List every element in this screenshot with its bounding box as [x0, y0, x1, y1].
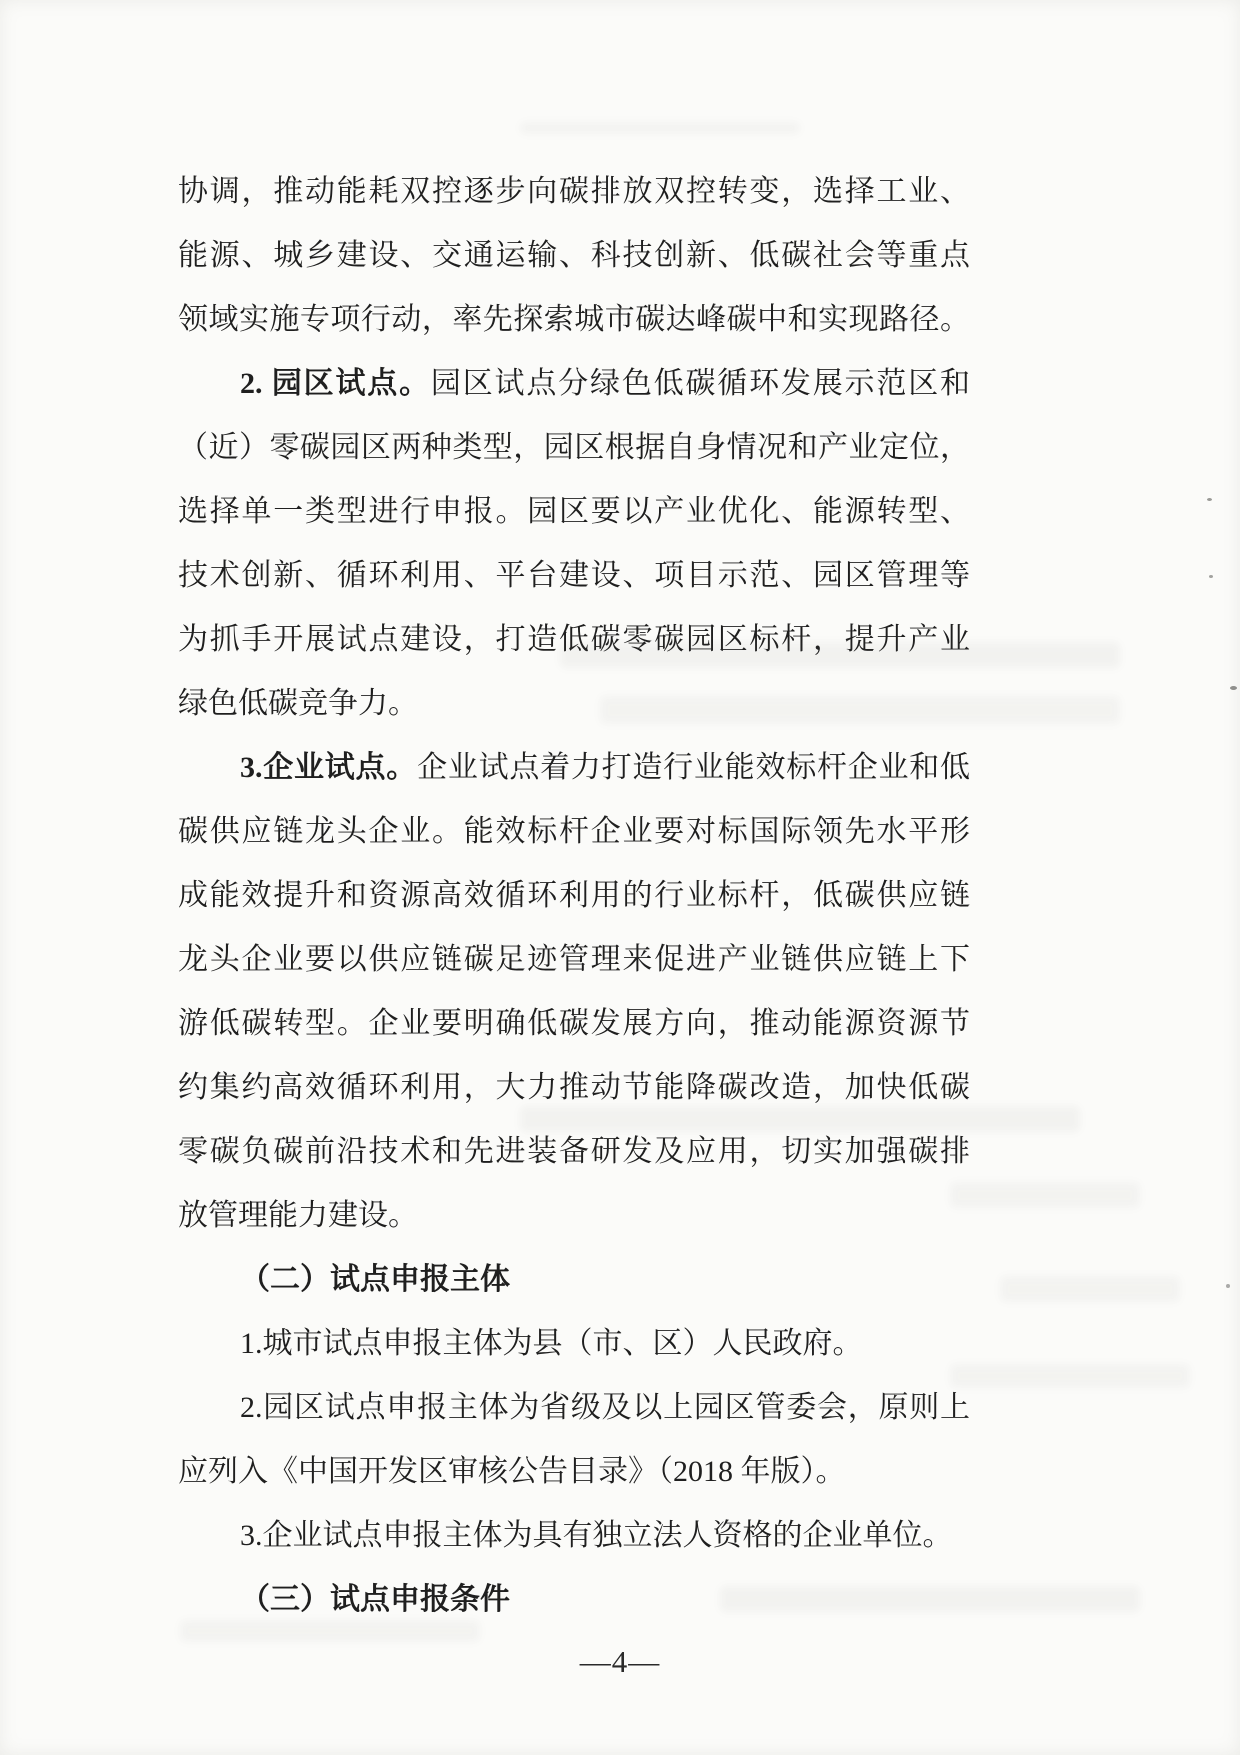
- bleed-through-smudge: [950, 1182, 1140, 1208]
- text-line: 零碳负碳前沿技术和先进装备研发及应用，切实加强碳排: [178, 1120, 970, 1184]
- scan-speck: [1226, 1284, 1230, 1288]
- bleed-through-smudge: [1000, 1276, 1180, 1302]
- text-line: 1.城市试点申报主体为县（市、区）人民政府。: [178, 1312, 970, 1376]
- text-line: （近）零碳园区两种类型，园区根据自身情况和产业定位，: [178, 416, 970, 480]
- scan-speck: [1209, 575, 1213, 578]
- text-line: 选择单一类型进行申报。园区要以产业优化、能源转型、: [178, 480, 970, 544]
- text-line: 领域实施专项行动，率先探索城市碳达峰碳中和实现路径。: [178, 288, 970, 352]
- line-bold-lead: （二）试点申报主体: [240, 1263, 510, 1296]
- line-text: 协调，推动能耗双控逐步向碳排放双控转变，选择工业、: [178, 175, 970, 208]
- line-text: 绿色低碳竞争力。: [178, 687, 418, 720]
- text-line: 为抓手开展试点建设，打造低碳零碳园区标杆，提升产业: [178, 608, 970, 672]
- text-line: 成能效提升和资源高效循环利用的行业标杆，低碳供应链: [178, 864, 970, 928]
- text-line: 绿色低碳竞争力。: [178, 672, 970, 736]
- text-line: 技术创新、循环利用、平台建设、项目示范、园区管理等: [178, 544, 970, 608]
- line-text: 园区试点分绿色低碳循环发展示范区和: [431, 367, 970, 400]
- line-bold-lead: 2. 园区试点。: [240, 367, 431, 400]
- line-text: 成能效提升和资源高效循环利用的行业标杆，低碳供应链: [178, 879, 970, 912]
- scan-speck: [1230, 686, 1237, 690]
- text-line: 应列入《中国开发区审核公告目录》（2018 年版）。: [178, 1440, 970, 1504]
- line-text: 能源、城乡建设、交通运输、科技创新、低碳社会等重点: [178, 239, 970, 272]
- line-bold-lead: （三）试点申报条件: [240, 1583, 510, 1616]
- line-text: 2.园区试点申报主体为省级及以上园区管委会，原则上: [240, 1391, 970, 1424]
- line-text: 约集约高效循环利用，大力推动节能降碳改造，加快低碳: [178, 1071, 970, 1104]
- text-line: 游低碳转型。企业要明确低碳发展方向，推动能源资源节: [178, 992, 970, 1056]
- line-text: 零碳负碳前沿技术和先进装备研发及应用，切实加强碳排: [178, 1135, 970, 1168]
- line-text: 企业试点着力打造行业能效标杆企业和低: [417, 751, 970, 784]
- text-line: （三）试点申报条件: [178, 1568, 970, 1632]
- text-line: （二）试点申报主体: [178, 1248, 970, 1312]
- page-number: —4—: [0, 1642, 1240, 1682]
- line-text: 放管理能力建设。: [178, 1199, 418, 1232]
- scanned-document-page: 协调，推动能耗双控逐步向碳排放双控转变，选择工业、能源、城乡建设、交通运输、科技…: [0, 0, 1240, 1755]
- line-text: 1.城市试点申报主体为县（市、区）人民政府。: [240, 1327, 863, 1360]
- bleed-through-smudge: [520, 122, 800, 134]
- line-text: 龙头企业要以供应链碳足迹管理来促进产业链供应链上下: [178, 943, 970, 976]
- line-text: 技术创新、循环利用、平台建设、项目示范、园区管理等: [178, 559, 970, 592]
- scan-speck: [1207, 498, 1212, 501]
- line-text: 应列入《中国开发区审核公告目录》（2018 年版）。: [178, 1455, 846, 1488]
- text-line: 碳供应链龙头企业。能效标杆企业要对标国际领先水平形: [178, 800, 970, 864]
- line-text: （近）零碳园区两种类型，园区根据自身情况和产业定位，: [178, 431, 970, 464]
- line-text: 3.企业试点申报主体为具有独立法人资格的企业单位。: [240, 1519, 953, 1552]
- line-text: 选择单一类型进行申报。园区要以产业优化、能源转型、: [178, 495, 970, 528]
- line-text: 游低碳转型。企业要明确低碳发展方向，推动能源资源节: [178, 1007, 970, 1040]
- text-line: 龙头企业要以供应链碳足迹管理来促进产业链供应链上下: [178, 928, 970, 992]
- document-body-text: 协调，推动能耗双控逐步向碳排放双控转变，选择工业、能源、城乡建设、交通运输、科技…: [178, 160, 970, 1632]
- text-line: 2.园区试点申报主体为省级及以上园区管委会，原则上: [178, 1376, 970, 1440]
- text-line: 2. 园区试点。园区试点分绿色低碳循环发展示范区和: [178, 352, 970, 416]
- line-bold-lead: 3.企业试点。: [240, 751, 417, 784]
- text-line: 3.企业试点。企业试点着力打造行业能效标杆企业和低: [178, 736, 970, 800]
- line-text: 为抓手开展试点建设，打造低碳零碳园区标杆，提升产业: [178, 623, 970, 656]
- line-text: 碳供应链龙头企业。能效标杆企业要对标国际领先水平形: [178, 815, 970, 848]
- text-line: 放管理能力建设。: [178, 1184, 970, 1248]
- text-line: 协调，推动能耗双控逐步向碳排放双控转变，选择工业、: [178, 160, 970, 224]
- text-line: 能源、城乡建设、交通运输、科技创新、低碳社会等重点: [178, 224, 970, 288]
- text-line: 约集约高效循环利用，大力推动节能降碳改造，加快低碳: [178, 1056, 970, 1120]
- bleed-through-smudge: [950, 1364, 1190, 1388]
- text-line: 3.企业试点申报主体为具有独立法人资格的企业单位。: [178, 1504, 970, 1568]
- line-text: 领域实施专项行动，率先探索城市碳达峰碳中和实现路径。: [178, 303, 970, 336]
